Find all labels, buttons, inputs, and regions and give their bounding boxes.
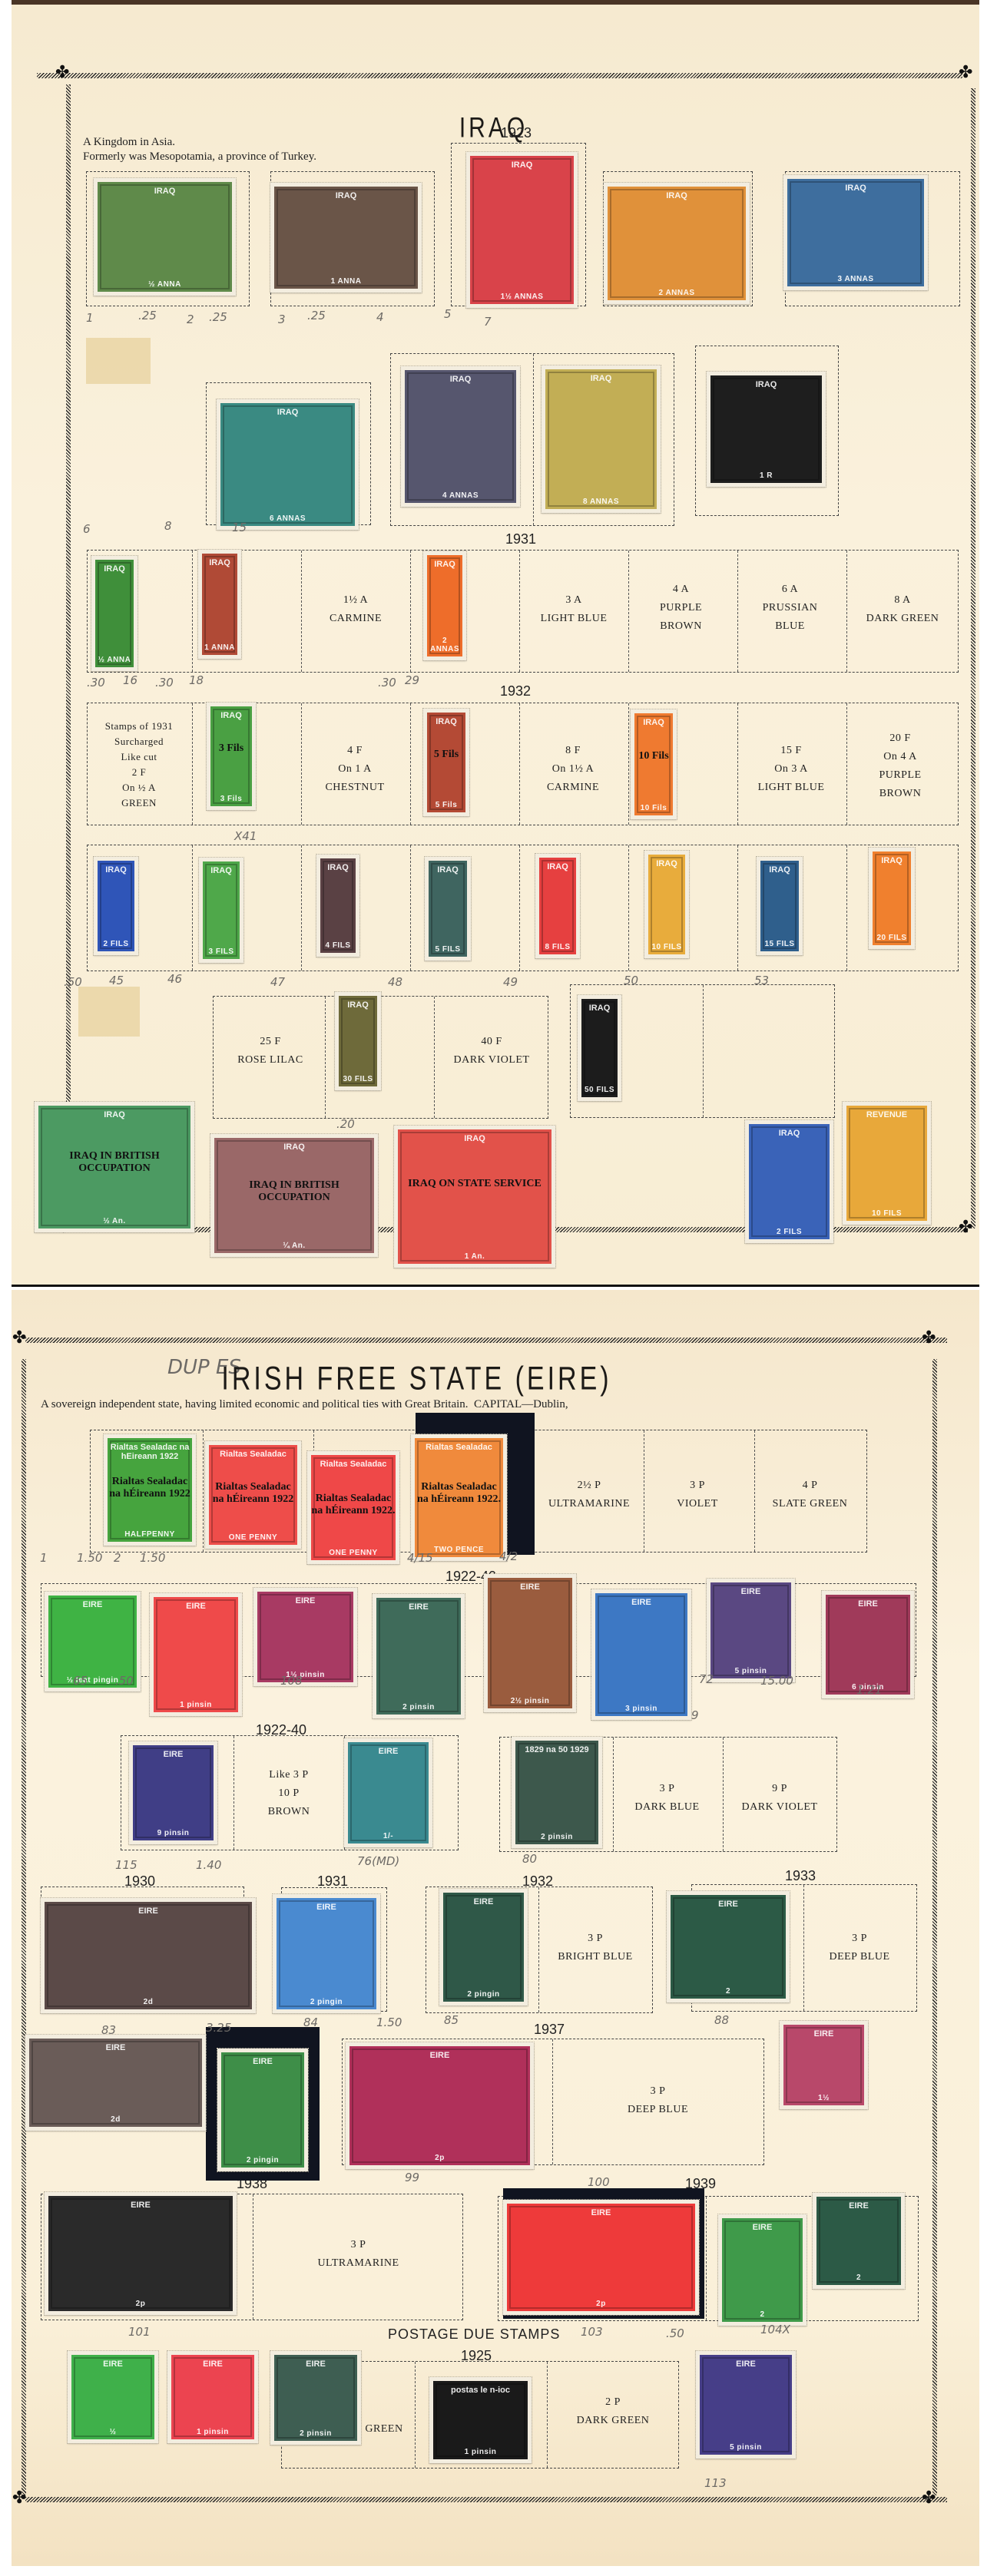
stamp-iq-1923-4-annas: IRAQ4 ANNAS bbox=[401, 366, 520, 507]
stamp-overprint: IRAQ ON STATE SERVICE bbox=[398, 1178, 551, 1190]
stamp-ie-1932-congress: EIRE2 pingin bbox=[439, 1889, 528, 2006]
stamp-denomination: 2 ANNAS bbox=[427, 637, 462, 653]
stamp-country-text: IRAQ bbox=[539, 862, 576, 871]
stamp-frame bbox=[51, 1598, 134, 1685]
stamp-denomination: 4 FILS bbox=[320, 941, 356, 950]
hinge-remnant bbox=[78, 987, 140, 1037]
stamp-country-text: IRAQ bbox=[470, 160, 574, 170]
stamp-denomination: 2 FILS bbox=[749, 1228, 830, 1236]
handwritten-note: .25 bbox=[138, 309, 157, 322]
stamp-iq-1932-5-fils: IRAQ5 FILS bbox=[425, 857, 471, 961]
stamp-iq-1931-half-anna: IRAQ½ ANNA bbox=[91, 556, 137, 671]
handwritten-note: 4/15 bbox=[407, 1551, 433, 1565]
stamp-ie-map-1half: EIRE1½ pinsin bbox=[253, 1588, 357, 1686]
handwritten-note: 29 bbox=[405, 673, 419, 687]
stamp-frame bbox=[407, 372, 514, 501]
stamp-ie-1934-gaa: EIRE2 pingin bbox=[217, 2049, 308, 2171]
corner-ornament-icon: ✤ bbox=[55, 64, 69, 81]
stamp-ie-map-1: EIRE1 pinsin bbox=[150, 1593, 242, 1716]
stamp-country-text: EIRE bbox=[826, 1599, 910, 1609]
stamp-denomination: 1 An. bbox=[398, 1252, 551, 1261]
page-title: IRISH FREE STATE (EIRE) bbox=[0, 1361, 910, 1398]
stamp-denomination: ½ ANNA bbox=[98, 280, 232, 289]
page-border-left bbox=[66, 84, 71, 1228]
slot-label: Stamps of 1931SurchargedLike cut2 FOn ½ … bbox=[87, 719, 191, 811]
stamp-country-text: IRAQ bbox=[210, 711, 252, 720]
stamp-denomination: 2d bbox=[29, 2115, 202, 2124]
description-line: A Kingdom in Asia. bbox=[83, 135, 316, 150]
stamp-country-text: EIRE bbox=[133, 1750, 214, 1759]
stamp-iq-occ-quarter-an: IRAQIRAQ IN BRITISH OCCUPATION¼ An. bbox=[210, 1134, 378, 1257]
stamp-denomination: 1 pinsin bbox=[171, 2428, 254, 2436]
handwritten-note: 1 bbox=[86, 311, 94, 325]
stamp-ie-1930-shannon: EIRE2d bbox=[41, 1898, 256, 2013]
handwritten-note: 8 bbox=[164, 519, 172, 533]
stamp-ie-cross-3: EIRE3 pinsin bbox=[591, 1589, 691, 1720]
stamp-country-text: EIRE bbox=[783, 2029, 864, 2039]
stamp-frame bbox=[100, 184, 230, 289]
stamp-frame bbox=[637, 716, 671, 813]
stamp-ie-1937-constitution: EIRE2p bbox=[346, 2042, 534, 2169]
year-heading: 1932 bbox=[500, 683, 531, 699]
description-text: A sovereign independent state, having li… bbox=[41, 1398, 469, 1410]
stamp-iq-1932-3-fils-b: IRAQ3 FILS bbox=[199, 858, 243, 963]
stamp-ie-1934-gaa-b: EIRE2 bbox=[718, 2214, 806, 2326]
stamp-frame bbox=[429, 715, 463, 810]
handwritten-note: 103 bbox=[581, 2325, 603, 2339]
stamp-country-text: IRAQ bbox=[760, 865, 799, 875]
stamp-country-text: EIRE bbox=[48, 1600, 137, 1609]
stamp-ie-1930-shannon-b: EIRE2d bbox=[25, 2035, 206, 2131]
handwritten-note: 76(MD) bbox=[357, 1854, 399, 1868]
slot-label: 25 FROSE LILAC bbox=[217, 1033, 324, 1070]
stamp-denomination: 8 ANNAS bbox=[545, 498, 657, 506]
stamp-frame bbox=[713, 378, 820, 481]
stamp-iq-1932-2-fils-loose: IRAQ2 FILS bbox=[745, 1120, 833, 1243]
stamp-country-text: IRAQ bbox=[634, 718, 673, 727]
stamp-country-text: IRAQ bbox=[873, 856, 911, 865]
stamp-iq-1932-3-fils: IRAQ3 Fils3 Fils bbox=[207, 703, 256, 810]
handwritten-note: 2 bbox=[114, 1551, 121, 1565]
stamp-country-text: Rialtas Sealadac bbox=[415, 1443, 503, 1452]
handwritten-note: 53 bbox=[754, 974, 769, 987]
slot-label: 3 PBRIGHT BLUE bbox=[538, 1930, 653, 1966]
slot-label: 3 PDARK BLUE bbox=[612, 1780, 722, 1817]
stamp-denomination: 5 Fils bbox=[427, 801, 465, 809]
slot-label: 2½ PULTRAMARINE bbox=[535, 1476, 643, 1513]
stamp-iq-1932-8-fils: IRAQ8 FILS bbox=[535, 854, 580, 958]
stamp-country-text: IRAQ bbox=[429, 865, 467, 875]
stamp-overprint: 10 Fils bbox=[634, 750, 673, 762]
stamp-ie-1938-mathew: EIRE2p bbox=[45, 2192, 237, 2315]
stamp-ie-sword-5-b: EIRE5 pinsin bbox=[696, 2351, 796, 2459]
stamp-country-text: EIRE bbox=[376, 1602, 461, 1612]
slot-label: 3 PULTRAMARINE bbox=[253, 2236, 463, 2273]
stamp-ie-map-2: EIRE2 pinsin bbox=[373, 1594, 465, 1718]
stamp-iq-1923-6-annas: IRAQ6 ANNAS bbox=[217, 399, 359, 530]
handwritten-note: 1 bbox=[40, 1551, 48, 1565]
stamp-country-text: EIRE bbox=[488, 1582, 572, 1592]
stamp-denomination: 2 bbox=[671, 1987, 786, 1996]
handwritten-note: 85 bbox=[444, 2013, 459, 2027]
stamp-denomination: 3 FILS bbox=[203, 947, 240, 956]
stamp-country-text: IRAQ bbox=[320, 863, 356, 872]
stamp-denomination: ½ bbox=[71, 2428, 154, 2436]
handwritten-note: .30 bbox=[155, 676, 174, 689]
stamp-ie-arms-9: EIRE9 pinsin bbox=[129, 1741, 217, 1844]
country-description: A Kingdom in Asia. Formerly was Mesopota… bbox=[83, 135, 316, 164]
stamp-denomination: ½ ANNA bbox=[95, 656, 134, 664]
capital-label: CAPITAL bbox=[474, 1398, 522, 1410]
stamp-denomination: 3 ANNAS bbox=[787, 275, 924, 283]
stamp-overprint: IRAQ IN BRITISH OCCUPATION bbox=[214, 1179, 374, 1204]
stamp-denomination: 10 FILS bbox=[648, 943, 685, 951]
slot-label: 9 PDARK VIOLET bbox=[722, 1780, 837, 1817]
page-border-top bbox=[25, 1338, 947, 1343]
stamp-country-text: EIRE bbox=[171, 2359, 254, 2369]
stamp-frame bbox=[156, 1599, 236, 1710]
handwritten-note: 50 bbox=[624, 974, 638, 987]
handwritten-note: .20 bbox=[336, 1117, 355, 1131]
stamp-denomination: 10 FILS bbox=[846, 1209, 927, 1218]
slot-label: 20 FOn 4 APURPLEBROWN bbox=[846, 729, 955, 803]
stamp-country-text: EIRE bbox=[349, 2051, 530, 2060]
stamp-frame bbox=[31, 2041, 200, 2125]
stamp-ie-arms-2half: EIRE2½ pinsin bbox=[484, 1574, 576, 1712]
stamp-frame bbox=[47, 1904, 250, 2007]
stamp-denomination: 20 FILS bbox=[873, 934, 911, 942]
stamp-denomination: 2 pingin bbox=[443, 1990, 524, 1999]
stamp-iq-1932-50-fils: IRAQ50 FILS bbox=[578, 995, 621, 1101]
stamp-overprint: IRAQ IN BRITISH OCCUPATION bbox=[38, 1150, 190, 1175]
stamp-frame bbox=[849, 1108, 925, 1219]
year-heading: 1923 bbox=[501, 125, 532, 141]
stamp-frame bbox=[819, 2199, 899, 2283]
stamp-country-text: IRAQ bbox=[427, 560, 462, 569]
stamp-country-text: IRAQ bbox=[202, 558, 237, 567]
handwritten-note: 72 bbox=[699, 1672, 714, 1686]
stamp-ie-sword-half-b: EIRE½ bbox=[68, 2351, 158, 2443]
stamp-frame bbox=[763, 863, 797, 949]
stamp-country-text: IRAQ bbox=[545, 374, 657, 383]
stamp-denomination: 1½ ANNAS bbox=[470, 293, 574, 301]
stamp-denomination: ONE PENNY bbox=[311, 1549, 396, 1557]
stamp-country-text: IRAQ bbox=[787, 184, 924, 193]
page-border-right bbox=[971, 88, 975, 1228]
handwritten-note: 7 bbox=[484, 315, 492, 329]
stamp-denomination: 2½ pinsin bbox=[488, 1697, 572, 1705]
handwritten-note: 99 bbox=[405, 2171, 419, 2184]
page-top-edge bbox=[12, 0, 979, 5]
stamp-iq-1932-2-fils: IRAQ2 FILS bbox=[94, 857, 138, 955]
stamp-denomination: 2 FILS bbox=[98, 940, 134, 948]
handwritten-note: 100 bbox=[588, 2175, 610, 2189]
stamp-frame bbox=[323, 861, 353, 951]
stamp-country-text: EIRE bbox=[71, 2359, 154, 2369]
stamp-overprint: Rialtas Sealadac na hÉireann 1922 bbox=[108, 1476, 192, 1500]
handwritten-note: 3.25 bbox=[206, 2021, 231, 2035]
handwritten-note: 9 bbox=[691, 1708, 699, 1722]
stamp-denomination: 1 R bbox=[710, 471, 822, 480]
slot-label: 3 PDEEP BLUE bbox=[803, 1930, 916, 1966]
stamp-denomination: 1½ bbox=[783, 2094, 864, 2102]
slot-label: 2 PDARK GREEN bbox=[548, 2393, 678, 2430]
stamp-denomination: 2 pingin bbox=[277, 1998, 376, 2006]
stamp-frame bbox=[610, 189, 744, 298]
stamp-denomination: 4 ANNAS bbox=[405, 491, 516, 500]
stamp-iq-1932-4-fils: IRAQ4 FILS bbox=[316, 855, 359, 957]
stamp-country-text: IRAQ bbox=[98, 865, 134, 875]
stamp-denomination: HALFPENNY bbox=[108, 1530, 192, 1539]
stamp-ie-sword-1s: EIRE1/- bbox=[344, 1738, 432, 1847]
handwritten-note: 108 bbox=[280, 1674, 303, 1688]
handwritten-note: 1.50 bbox=[376, 2015, 402, 2029]
handwritten-note: 5 bbox=[444, 307, 452, 321]
description-line: Formerly was Mesopotamia, a province of … bbox=[83, 150, 316, 164]
stamp-ie-map-1-b: EIRE1 pinsin bbox=[167, 2351, 258, 2443]
handwritten-note: .50 bbox=[64, 975, 82, 989]
stamp-iq-1923-1half-annas: IRAQ1½ ANNAS bbox=[466, 152, 578, 308]
handwritten-note: 6 bbox=[83, 522, 91, 536]
stamp-iq-1932-5-fils-sur: IRAQ5 Fils5 Fils bbox=[423, 709, 469, 816]
stamp-country-text: REVENUE bbox=[846, 1110, 927, 1119]
stamp-denomination: 2 pinsin bbox=[515, 1833, 598, 1841]
stamp-iq-1932-10-fils: IRAQ10 FILS bbox=[644, 851, 689, 958]
page-border-right bbox=[932, 1359, 937, 2495]
handwritten-note: 49 bbox=[503, 975, 518, 989]
year-heading: 1937 bbox=[534, 2022, 565, 2038]
stamp-country-text: Rialtas Sealadac bbox=[311, 1460, 396, 1469]
slot-label: 6 APRUSSIANBLUE bbox=[742, 580, 838, 636]
stamp-frame bbox=[223, 405, 353, 524]
handwritten-note: 1.50 bbox=[77, 1551, 102, 1565]
slot-label: 15 FOn 3 ALIGHT BLUE bbox=[737, 742, 846, 797]
stamp-overprint: 3 Fils bbox=[210, 742, 252, 755]
stamp-frame bbox=[509, 2206, 693, 2309]
stamp-denomination: 2p bbox=[48, 2300, 233, 2308]
handwritten-note: 1.40 bbox=[196, 1858, 221, 1872]
corner-ornament-icon: ✤ bbox=[922, 1330, 936, 1347]
hinge-remnant bbox=[86, 338, 151, 384]
stamp-country-text: IRAQ bbox=[427, 717, 465, 726]
stamp-denomination: 1 pinsin bbox=[433, 2448, 528, 2456]
stamp-country-text: IRAQ bbox=[95, 564, 134, 574]
stamp-frame bbox=[828, 1597, 908, 1692]
slot-label: 4 APURPLEBROWN bbox=[633, 580, 729, 636]
stamp-ie-1922-onepenny-b: Rialtas SealadacRialtas Sealadac na hÉir… bbox=[307, 1451, 399, 1564]
stamp-frame bbox=[598, 1596, 685, 1714]
handwritten-note: 1.21 bbox=[856, 1683, 882, 1697]
stamp-iq-1931-1-anna: IRAQ1 ANNA bbox=[198, 550, 241, 659]
stamp-iq-1923-3-annas: IRAQ3 ANNAS bbox=[783, 175, 928, 290]
stamp-country-text: IRAQ bbox=[214, 1143, 374, 1152]
stamp-frame bbox=[213, 709, 250, 804]
stamp-country-text: IRAQ bbox=[608, 191, 746, 200]
stamp-denomination: 1 ANNA bbox=[274, 277, 418, 286]
slot-label: 8 ADARK GREEN bbox=[849, 591, 956, 628]
handwritten-note: .30 bbox=[378, 676, 396, 689]
handwritten-note: 88 bbox=[714, 2013, 729, 2027]
handwritten-note: 4 bbox=[376, 310, 384, 324]
handwritten-note: 104X bbox=[760, 2323, 790, 2336]
stamp-ie-map-1half-b: EIRE1½ bbox=[780, 2021, 868, 2109]
stamp-denomination: 3 pinsin bbox=[595, 1705, 687, 1713]
stamp-denomination: 5 FILS bbox=[429, 945, 467, 954]
stamp-denomination: 1½ pinsin bbox=[257, 1671, 353, 1679]
slot-label: 40 FDARK VIOLET bbox=[435, 1033, 548, 1070]
stamp-iq-1931-2-annas: IRAQ2 ANNAS bbox=[423, 551, 466, 660]
stamp-denomination: 2 pinsin bbox=[376, 1703, 461, 1711]
stamp-frame bbox=[400, 1132, 549, 1262]
stamp-iq-1932-15-fils: IRAQ15 FILS bbox=[757, 857, 803, 955]
stamp-denomination: 2 bbox=[816, 2273, 901, 2282]
section-heading: POSTAGE DUE STAMPS bbox=[388, 2326, 560, 2343]
stamp-country-text: EIRE bbox=[154, 1602, 238, 1611]
stamp-country-text: EIRE bbox=[595, 1598, 687, 1607]
stamp-frame bbox=[518, 1743, 596, 1842]
page-border-left bbox=[22, 1359, 26, 2495]
stamp-frame bbox=[277, 189, 416, 286]
stamp-frame bbox=[548, 372, 654, 507]
slot-label: 3 PVIOLET bbox=[644, 1476, 751, 1513]
stamp-country-text: IRAQ bbox=[339, 1000, 377, 1010]
handwritten-note: 115 bbox=[115, 1858, 137, 1872]
handwritten-note: 18 bbox=[189, 673, 204, 687]
stamp-denomination: 15 FILS bbox=[760, 940, 799, 948]
stamp-ie-due-1: postas le n-ioc1 pinsin bbox=[429, 2377, 532, 2463]
stamp-overprint: Rialtas Sealadac na hÉireann 1922 bbox=[209, 1481, 297, 1506]
stamp-frame bbox=[135, 1748, 211, 1838]
stamp-country-text: 1829 na 50 1929 bbox=[515, 1745, 598, 1754]
corner-ornament-icon: ✤ bbox=[12, 2490, 26, 2507]
stamp-frame bbox=[431, 863, 465, 954]
stamp-ie-1922-twopence: Rialtas SealadacRialtas Sealadac na hÉir… bbox=[411, 1434, 507, 1561]
year-heading: 1931 bbox=[505, 531, 536, 547]
stamp-iq-1923-half-anna: IRAQ½ ANNA bbox=[94, 178, 236, 296]
stamp-country-text: EIRE bbox=[221, 2057, 304, 2066]
stamp-country-text: IRAQ bbox=[648, 859, 685, 868]
corner-ornament-icon: ✤ bbox=[12, 1330, 26, 1347]
stamp-denomination: 2 ANNAS bbox=[608, 289, 746, 297]
stamp-country-text: IRAQ bbox=[581, 1004, 618, 1013]
handwritten-note: 47 bbox=[270, 975, 285, 989]
stamp-country-text: postas le n-ioc bbox=[433, 2386, 528, 2395]
handwritten-note: 101 bbox=[128, 2325, 151, 2339]
handwritten-note: .25 bbox=[307, 309, 326, 322]
stamp-country-text: EIRE bbox=[507, 2208, 695, 2217]
handwritten-note: 113 bbox=[704, 2476, 727, 2490]
stamp-country-text: IRAQ bbox=[203, 866, 240, 875]
stamp-country-text: EIRE bbox=[443, 1897, 524, 1906]
slot-label: 8 FOn 1½ ACARMINE bbox=[518, 742, 628, 797]
stamp-iq-1923-1-rupee: IRAQ1 R bbox=[707, 372, 826, 487]
stamp-frame bbox=[584, 1001, 615, 1095]
stamp-frame bbox=[205, 864, 237, 957]
country-description: A sovereign independent state, having li… bbox=[41, 1397, 568, 1412]
stamp-iq-1923-1-anna: IRAQ1 ANNA bbox=[270, 183, 422, 293]
stamp-frame bbox=[673, 1897, 783, 1996]
slot-label: 4 FOn 1 ACHESTNUT bbox=[300, 742, 409, 797]
stamp-denomination: 50 FILS bbox=[581, 1086, 618, 1094]
slot-label: 3 PDEEP BLUE bbox=[551, 2082, 764, 2119]
stamp-country-text: EIRE bbox=[257, 1596, 353, 1605]
stamp-ie-1939-constitution: EIRE2p bbox=[503, 2200, 699, 2315]
stamp-denomination: ½ An. bbox=[38, 1217, 190, 1225]
stamp-ie-map-2-b: EIRE2 pinsin bbox=[270, 2351, 361, 2445]
year-heading: 1933 bbox=[785, 1868, 816, 1884]
stamp-denomination: 5 pinsin bbox=[700, 2443, 792, 2452]
stamp-country-text: EIRE bbox=[48, 2201, 233, 2210]
stamp-denomination: 1/- bbox=[348, 1832, 429, 1840]
stamp-frame bbox=[379, 1600, 459, 1712]
stamp-iq-occ-half-an: IRAQIRAQ IN BRITISH OCCUPATION½ An. bbox=[35, 1102, 194, 1232]
stamp-iq-1923-8-annas: IRAQ8 ANNAS bbox=[542, 365, 661, 513]
page-border-bottom bbox=[25, 2497, 947, 2502]
stamp-country-text: IRAQ bbox=[274, 191, 418, 200]
stamp-frame bbox=[204, 556, 235, 653]
stamp-ie-sword-6: EIRE6 pinsin bbox=[822, 1591, 914, 1698]
handwritten-note: 83 bbox=[101, 2023, 116, 2037]
stamp-ie-1933-holy-year: EIRE2 bbox=[667, 1891, 790, 2002]
stamp-frame bbox=[341, 998, 375, 1084]
stamp-country-text: EIRE bbox=[29, 2043, 202, 2052]
stamp-ie-1929-oconnell: 1829 na 50 19292 pinsin bbox=[512, 1737, 602, 1848]
stamp-ie-1931-rowing: EIRE2 pingin bbox=[273, 1894, 380, 2013]
page-border-top bbox=[37, 73, 962, 78]
stamp-country-text: EIRE bbox=[710, 1587, 791, 1596]
stamp-country-text: EIRE bbox=[274, 2359, 357, 2369]
handwritten-note: 48 bbox=[388, 975, 402, 989]
stamp-frame bbox=[713, 1585, 789, 1676]
stamp-frame bbox=[260, 1594, 351, 1680]
stamp-frame bbox=[702, 2357, 790, 2452]
stamp-country-text: IRAQ bbox=[398, 1134, 551, 1143]
stamp-country-text: Rialtas Sealadac bbox=[209, 1450, 297, 1459]
handwritten-note: 45 bbox=[109, 974, 124, 987]
handwritten-note: .25 bbox=[209, 310, 227, 324]
stamp-ie-1933-holy-year-b: EIRE2 bbox=[813, 2193, 905, 2289]
stamp-frame bbox=[790, 181, 922, 284]
handwritten-note: 2 bbox=[187, 312, 194, 326]
stamp-frame bbox=[542, 860, 574, 952]
handwritten-note: 15 bbox=[232, 521, 247, 534]
handwritten-note: 65 bbox=[73, 1674, 88, 1688]
handwritten-note: 1.50 bbox=[140, 1551, 165, 1565]
handwritten-note: X41 bbox=[234, 829, 257, 843]
stamp-frame bbox=[174, 2357, 252, 2437]
handwritten-note: .50 bbox=[115, 1674, 134, 1688]
stamp-frame bbox=[490, 1580, 570, 1706]
stamp-denomination: 1 ANNA bbox=[202, 643, 237, 652]
corner-ornament-icon: ✤ bbox=[922, 2490, 936, 2507]
stamp-denomination: 1 pinsin bbox=[154, 1701, 238, 1709]
stamp-denomination: 2d bbox=[45, 1998, 252, 2006]
stamp-denomination: 2p bbox=[507, 2300, 695, 2308]
stamp-country-text: IRAQ bbox=[38, 1110, 190, 1119]
handwritten-note: 16 bbox=[123, 673, 137, 687]
stamp-frame bbox=[472, 158, 571, 302]
stamp-iq-occ-1-an: IRAQIRAQ ON STATE SERVICE1 An. bbox=[394, 1126, 555, 1268]
handwritten-note: 3 bbox=[278, 312, 286, 326]
page-divider bbox=[12, 1285, 979, 1287]
stamp-country-text: EIRE bbox=[45, 1906, 252, 1916]
stamp-country-text: IRAQ bbox=[710, 380, 822, 389]
stamp-frame bbox=[100, 863, 132, 949]
stamp-frame bbox=[74, 2357, 152, 2437]
stamp-denomination: 10 Fils bbox=[634, 804, 673, 812]
stamp-country-text: IRAQ bbox=[405, 375, 516, 384]
stamp-denomination: ONE PENNY bbox=[209, 1533, 297, 1542]
